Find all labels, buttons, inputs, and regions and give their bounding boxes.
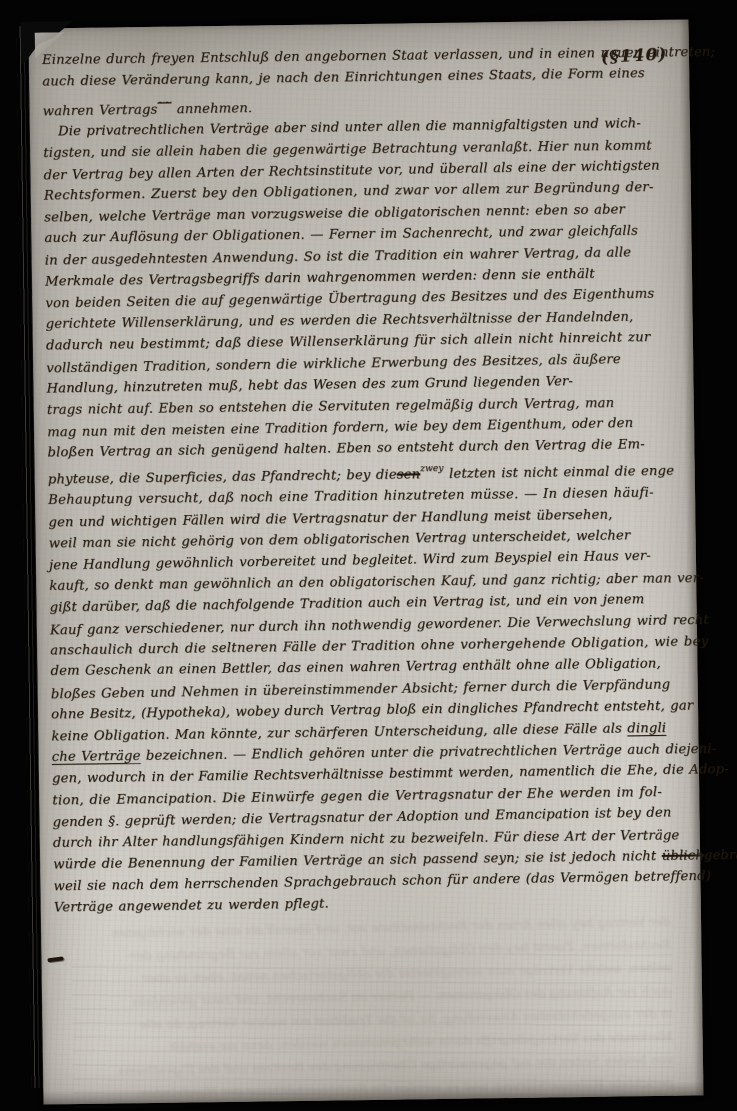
manuscript-page: (§140) Einzelne durch freyen Entschluß d… [29,19,704,1104]
scan-background: (§140) Einzelne durch freyen Entschluß d… [0,0,737,1111]
manuscript-text: Einzelne durch freyen Entschluß den ange… [42,42,694,919]
